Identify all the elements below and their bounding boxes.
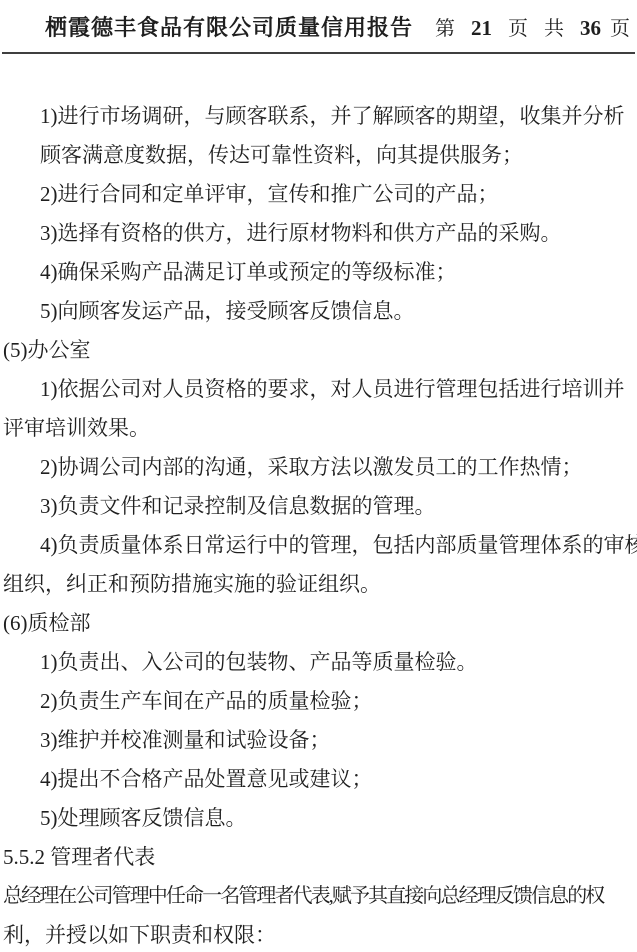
current-page-number: 21 [471, 16, 492, 40]
text-line: 4)确保采购产品满足订单或预定的等级标准； [3, 253, 633, 292]
page-header: 栖霞德丰食品有限公司质量信用报告 第 21 页 共 36 页 [45, 13, 630, 44]
text-line: 5.5.2 管理者代表 [3, 838, 633, 877]
page-label-suffix: 页 [610, 18, 630, 40]
text-line: 1)负责出、入公司的包装物、产品等质量检验。 [3, 643, 633, 682]
text-line: 利，并授以如下职责和权限： [3, 916, 633, 952]
text-line: 总经理在公司管理中任命一名管理者代表,赋予其直接向总经理反馈信息的权 [3, 877, 633, 916]
text-line: 2)协调公司内部的沟通，采取方法以激发员工的工作热情； [3, 448, 633, 487]
text-line: 2)进行合同和定单评审，宣传和推广公司的产品； [3, 175, 633, 214]
document-title: 栖霞德丰食品有限公司质量信用报告 [45, 13, 413, 43]
document-page: 栖霞德丰食品有限公司质量信用报告 第 21 页 共 36 页 1)进行市场调研，… [0, 0, 637, 952]
text-line: 5)处理顾客反馈信息。 [3, 799, 633, 838]
text-line: (6)质检部 [3, 604, 633, 643]
text-line: 3)负责文件和记录控制及信息数据的管理。 [3, 487, 633, 526]
text-line: (5)办公室 [3, 331, 633, 370]
page-label-middle-2: 共 [544, 18, 564, 40]
text-line: 4)负责质量体系日常运行中的管理，包括内部质量管理体系的审核 [3, 526, 633, 565]
page-label-prefix: 第 [435, 18, 455, 40]
text-line: 顾客满意度数据，传达可靠性资料，向其提供服务； [3, 136, 633, 175]
page-label-middle-1: 页 [508, 18, 528, 40]
page-number-indicator: 第 21 页 共 36 页 [435, 13, 630, 44]
text-line: 评审培训效果。 [3, 409, 633, 448]
text-line: 3)选择有资格的供方，进行原材物料和供方产品的采购。 [3, 214, 633, 253]
document-body: 1)进行市场调研，与顾客联系，并了解顾客的期望，收集并分析顾客满意度数据，传达可… [3, 97, 633, 952]
text-line: 1)依据公司对人员资格的要求，对人员进行管理包括进行培训并 [3, 370, 633, 409]
total-page-number: 36 [580, 16, 601, 40]
text-line: 4)提出不合格产品处置意见或建议； [3, 760, 633, 799]
header-divider [2, 52, 635, 54]
text-line: 3)维护并校准测量和试验设备； [3, 721, 633, 760]
text-line: 2)负责生产车间在产品的质量检验； [3, 682, 633, 721]
text-line: 组织，纠正和预防措施实施的验证组织。 [3, 565, 633, 604]
text-line: 5)向顾客发运产品，接受顾客反馈信息。 [3, 292, 633, 331]
text-line: 1)进行市场调研，与顾客联系，并了解顾客的期望，收集并分析 [3, 97, 633, 136]
